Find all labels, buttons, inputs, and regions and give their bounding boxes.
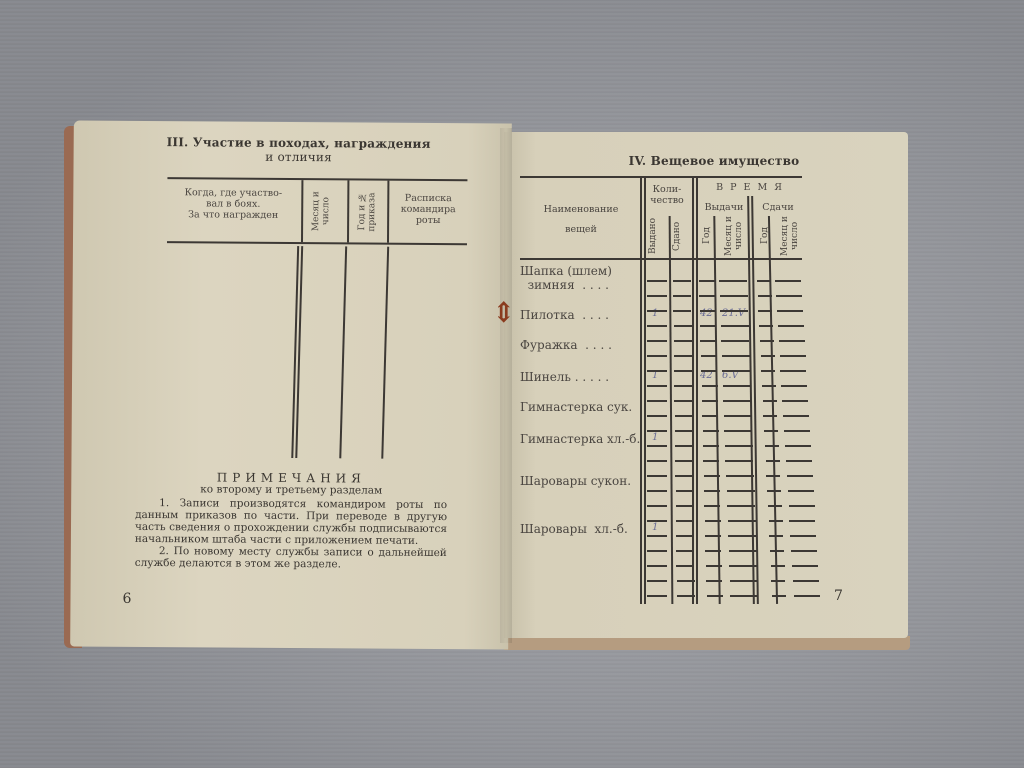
col-header-issue-date: Месяц и число: [724, 216, 744, 256]
notes-subheading: ко второму и третьему разделам: [135, 483, 447, 497]
blank-line: [779, 340, 805, 342]
blank-line: [792, 565, 818, 567]
title-line-1: III. Участие в походах, награждения: [134, 135, 464, 151]
blank-line: [647, 565, 667, 567]
blank-line: [723, 400, 751, 402]
item-pilotka: Пилотка . . . .: [520, 308, 609, 322]
blank-line: [677, 595, 695, 597]
note-item: 2. По новому месту службы записи о дальн…: [135, 545, 447, 571]
column-rule: [339, 246, 346, 458]
blank-line: [676, 550, 694, 552]
col-header-return-date: Месяц и число: [780, 216, 800, 256]
blank-line: [725, 460, 753, 462]
blank-line: [647, 325, 667, 327]
blank-line: [699, 280, 715, 282]
section-title-iv: IV. Вещевое имущество: [564, 154, 864, 168]
blank-line: [770, 550, 784, 552]
blank-line: [728, 520, 756, 522]
blank-line: [763, 400, 777, 402]
blank-line: [676, 490, 694, 492]
blank-line: [725, 445, 753, 447]
item-sharovary-wool: Шаровары сукон.: [520, 474, 631, 488]
blank-line: [675, 475, 693, 477]
blank-line: [676, 505, 694, 507]
blank-line: [730, 580, 758, 582]
blank-line: [758, 310, 772, 312]
blank-line: [783, 415, 809, 417]
blank-line: [780, 355, 806, 357]
blank-line: [647, 535, 667, 537]
col-header-issued: Выдано: [648, 218, 658, 254]
col-header-month-day: Месяц и число: [311, 184, 331, 238]
column-rule: [347, 180, 349, 242]
blank-line: [647, 505, 667, 507]
item-sharovary-cotton: Шаровары хл.-б.: [520, 522, 628, 536]
blank-line: [702, 400, 718, 402]
blank-line: [765, 445, 779, 447]
title-line-2: и отличия: [134, 149, 464, 165]
blank-line: [768, 505, 782, 507]
blank-line: [778, 325, 804, 327]
item-gymnasterka-wool: Гимнастерка сук.: [520, 400, 632, 414]
page-stack-edge: [504, 636, 910, 650]
column-rule: [640, 176, 642, 604]
blank-line: [647, 355, 667, 357]
blank-line: [769, 535, 783, 537]
pencil-entry: 6.V: [722, 370, 739, 381]
page-number-right: 7: [834, 588, 843, 604]
table-top-rule: [520, 176, 802, 178]
blank-line: [721, 325, 749, 327]
pencil-entry: 1: [652, 432, 658, 443]
blank-line: [703, 430, 719, 432]
blank-line: [705, 550, 721, 552]
blank-line: [674, 340, 692, 342]
left-page: III. Участие в походах, награждения и от…: [70, 120, 512, 649]
blank-line: [677, 580, 695, 582]
column-rule: [381, 247, 388, 459]
col-header-issue-year: Год: [702, 218, 712, 254]
blank-line: [706, 580, 722, 582]
column-rule: [644, 176, 646, 604]
col-header-time: В Р Е М Я: [700, 182, 800, 193]
col-header-return: Сдачи: [754, 202, 802, 213]
blank-line: [704, 475, 720, 477]
blank-line: [699, 295, 715, 297]
table-top-rule: [167, 177, 467, 181]
blank-line: [789, 520, 815, 522]
blank-line: [701, 370, 717, 372]
header-line: Расписка: [391, 193, 465, 205]
column-rule: [768, 216, 778, 604]
header-line: роты: [391, 215, 465, 227]
header-line: Наименование: [522, 200, 640, 220]
blank-line: [722, 370, 750, 372]
blank-line: [761, 370, 775, 372]
header-line: За что награжден: [169, 209, 297, 221]
blank-line: [647, 430, 667, 432]
note-item: 1. Записи производятся командиром роты п…: [135, 497, 447, 547]
page-number-left: 6: [122, 591, 131, 607]
blank-line: [728, 535, 756, 537]
table-header-rule: [167, 241, 467, 245]
blank-line: [769, 520, 783, 522]
col-header-when-where: Когда, где участво- вал в боях. За что н…: [169, 187, 297, 221]
blank-line: [674, 325, 692, 327]
blank-line: [771, 580, 785, 582]
blank-line: [724, 415, 752, 417]
blank-line: [707, 595, 723, 597]
pencil-entry: 42: [700, 370, 713, 381]
table-header-rule: [520, 258, 802, 260]
blank-line: [675, 460, 693, 462]
blank-line: [790, 535, 816, 537]
blank-line: [674, 400, 692, 402]
blank-line: [647, 445, 667, 447]
col-header-year-order: Год и № приказа: [357, 184, 377, 238]
blank-line: [791, 550, 817, 552]
blank-line: [719, 280, 747, 282]
column-rule: [387, 181, 389, 243]
blank-line: [647, 475, 667, 477]
blank-line: [702, 415, 718, 417]
blank-line: [760, 340, 774, 342]
blank-line: [647, 295, 667, 297]
blank-line: [703, 460, 719, 462]
blank-line: [647, 310, 667, 312]
right-page: IV. Вещевое имущество Наименование вещей…: [504, 132, 908, 638]
blank-line: [647, 415, 667, 417]
blank-line: [772, 595, 786, 597]
blank-line: [647, 370, 667, 372]
blank-line: [700, 340, 716, 342]
blank-line: [780, 370, 806, 372]
blank-line: [647, 340, 667, 342]
blank-line: [729, 550, 757, 552]
blank-line: [793, 580, 819, 582]
blank-line: [673, 280, 691, 282]
blank-line: [724, 430, 752, 432]
blank-line: [675, 430, 693, 432]
blank-line: [775, 280, 801, 282]
open-booklet: III. Участие в походах, награждения и от…: [64, 118, 912, 653]
blank-line: [705, 520, 721, 522]
blank-line: [675, 445, 693, 447]
column-rule: [692, 176, 694, 604]
blank-line: [726, 475, 754, 477]
blank-line: [729, 565, 757, 567]
blank-line: [777, 310, 803, 312]
blank-line: [676, 565, 694, 567]
item-gymnasterka-cotton: Гимнастерка хл.-б.: [520, 432, 640, 446]
item-furazhka: Фуражка . . . .: [520, 338, 612, 352]
blank-line: [761, 355, 775, 357]
column-rule: [713, 216, 720, 604]
column-rule: [669, 216, 673, 604]
blank-line: [700, 325, 716, 327]
blank-line: [721, 340, 749, 342]
blank-line: [788, 490, 814, 492]
blank-line: [766, 475, 780, 477]
blank-line: [758, 295, 772, 297]
blank-line: [766, 460, 780, 462]
item-winter-hat: Шапка (шлем) зимняя . . . .: [520, 264, 612, 292]
blank-line: [757, 280, 771, 282]
blank-line: [782, 400, 808, 402]
pencil-entry: 1: [652, 370, 658, 381]
blank-line: [764, 430, 778, 432]
blank-line: [727, 505, 755, 507]
blank-line: [794, 595, 820, 597]
blank-line: [701, 355, 717, 357]
blank-line: [776, 295, 802, 297]
col-header-quantity: Коли- чество: [644, 184, 690, 206]
book-spine: [500, 128, 512, 643]
blank-line: [786, 460, 812, 462]
blank-line: [720, 310, 748, 312]
blank-line: [647, 580, 667, 582]
col-header-commander-signature: Расписка командира роты: [391, 193, 465, 227]
blank-line: [704, 505, 720, 507]
col-header-returned: Сдано: [672, 218, 682, 254]
col-header-item-name: Наименование вещей: [522, 200, 640, 240]
blank-line: [647, 460, 667, 462]
blank-line: [676, 520, 694, 522]
section-title-iii: III. Участие в походах, награждения и от…: [134, 135, 464, 165]
blank-line: [785, 445, 811, 447]
blank-line: [781, 385, 807, 387]
blank-line: [673, 310, 691, 312]
blank-line: [674, 355, 692, 357]
blank-line: [674, 370, 692, 372]
blank-line: [647, 400, 667, 402]
blank-line: [706, 565, 722, 567]
header-line: командира: [391, 204, 465, 216]
blank-line: [722, 355, 750, 357]
col-header-issue: Выдачи: [696, 202, 752, 213]
blank-line: [705, 535, 721, 537]
blank-line: [700, 310, 716, 312]
blank-line: [673, 295, 691, 297]
blank-line: [723, 385, 751, 387]
header-line: чество: [644, 195, 690, 206]
blank-line: [727, 490, 755, 492]
item-shinel: Шинель . . . . .: [520, 370, 609, 384]
blank-line: [647, 385, 667, 387]
blank-line: [647, 550, 667, 552]
blank-line: [702, 385, 718, 387]
blank-line: [759, 325, 773, 327]
blank-line: [647, 520, 667, 522]
column-rule: [696, 176, 698, 604]
blank-line: [771, 565, 785, 567]
blank-line: [674, 385, 692, 387]
notes-section: ПРИМЕЧАНИЯ ко второму и третьему раздела…: [135, 471, 448, 571]
blank-line: [789, 505, 815, 507]
blank-line: [784, 430, 810, 432]
blank-line: [704, 490, 720, 492]
blank-line: [763, 415, 777, 417]
pencil-entry: 1: [652, 522, 658, 533]
blank-line: [647, 595, 667, 597]
blank-line: [762, 385, 776, 387]
column-rule: [301, 180, 303, 242]
header-line: вещей: [522, 220, 640, 240]
blank-line: [730, 595, 758, 597]
header-line: вал в боях.: [169, 198, 297, 210]
blank-line: [675, 415, 693, 417]
blank-line: [676, 535, 694, 537]
blank-line: [787, 475, 813, 477]
header-line: Когда, где участво-: [169, 187, 297, 199]
blank-line: [647, 280, 667, 282]
blank-line: [720, 295, 748, 297]
blank-line: [703, 445, 719, 447]
blank-line: [647, 490, 667, 492]
blank-line: [767, 490, 781, 492]
binding-thread: ⇕: [492, 298, 506, 358]
header-line: Коли-: [644, 184, 690, 195]
